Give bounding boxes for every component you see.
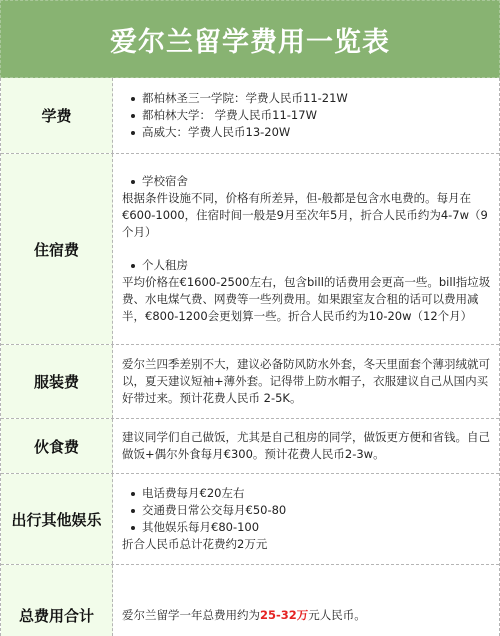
dorm-list: 学校宿舍 [122,173,491,190]
travel-list: 电话费每月€20左右 交通费日常公交每月€50-80 其他娱乐每月€80-100 [122,485,491,536]
travel-summary: 折合人民币总计花费约2万元 [122,536,491,553]
list-item: 交通费日常公交每月€50-80 [122,502,491,519]
clothing-description: 爱尔兰四季差别不大，建议必备防风防水外套，冬天里面套个薄羽绒就可以，夏天建议短袖… [122,356,491,407]
row-label-food: 伙食费 [1,419,113,473]
row-travel: 出行其他娱乐 电话费每月€20左右 交通费日常公交每月€50-80 其他娱乐每月… [1,473,499,564]
cost-table: 学费 都柏林圣三一学院：学费人民币11-21W 都柏林大学： 学费人民币11-1… [0,78,500,636]
row-content-food: 建议同学们自己做饭，尤其是自己租房的同学，做饭更方便和省钱。自己做饭+偶尔外食每… [113,419,499,473]
row-content-clothing: 爱尔兰四季差别不大，建议必备防风防水外套，冬天里面套个薄羽绒就可以，夏天建议短袖… [113,345,499,418]
dorm-description: 根据条件设施不同，价格有所差异，但-般都是包含水电费的。每月在€600-1000… [122,190,491,241]
row-housing: 住宿费 学校宿舍 根据条件设施不同，价格有所差异，但-般都是包含水电费的。每月在… [1,153,499,344]
row-total: 总费用合计 爱尔兰留学一年总费用约为25-32万元人民币。 [1,564,499,636]
total-suffix: 元人民币。 [308,608,366,622]
rent-description: 平均价格在€1600-2500左右，包含bill的话费用会更高一些。bill指垃… [122,274,491,325]
total-amount: 25-32万 [260,608,308,622]
row-label-clothing: 服装费 [1,345,113,418]
total-description: 爱尔兰留学一年总费用约为25-32万元人民币。 [122,607,491,624]
list-item: 高威大：学费人民币13-20W [122,124,491,141]
row-content-total: 爱尔兰留学一年总费用约为25-32万元人民币。 [113,565,499,636]
row-label-travel: 出行其他娱乐 [1,474,113,564]
list-item: 电话费每月€20左右 [122,485,491,502]
row-label-tuition: 学费 [1,78,113,153]
row-content-travel: 电话费每月€20左右 交通费日常公交每月€50-80 其他娱乐每月€80-100… [113,474,499,564]
total-prefix: 爱尔兰留学一年总费用约为 [122,608,260,622]
list-item: 都柏林圣三一学院：学费人民币11-21W [122,90,491,107]
row-content-housing: 学校宿舍 根据条件设施不同，价格有所差异，但-般都是包含水电费的。每月在€600… [113,154,499,344]
row-tuition: 学费 都柏林圣三一学院：学费人民币11-21W 都柏林大学： 学费人民币11-1… [1,78,499,153]
row-content-tuition: 都柏林圣三一学院：学费人民币11-21W 都柏林大学： 学费人民币11-17W … [113,78,499,153]
row-clothing: 服装费 爱尔兰四季差别不大，建议必备防风防水外套，冬天里面套个薄羽绒就可以，夏天… [1,344,499,418]
title-bar: 爱尔兰留学费用一览表 [0,0,500,78]
row-food: 伙食费 建议同学们自己做饭，尤其是自己租房的同学，做饭更方便和省钱。自己做饭+偶… [1,418,499,473]
tuition-list: 都柏林圣三一学院：学费人民币11-21W 都柏林大学： 学费人民币11-17W … [122,90,491,141]
rent-list: 个人租房 [122,257,491,274]
cost-table-page: 爱尔兰留学费用一览表 学费 都柏林圣三一学院：学费人民币11-21W 都柏林大学… [0,0,500,636]
row-label-housing: 住宿费 [1,154,113,344]
page-title: 爱尔兰留学费用一览表 [110,20,390,59]
spacer [122,241,491,257]
food-description: 建议同学们自己做饭，尤其是自己租房的同学，做饭更方便和省钱。自己做饭+偶尔外食每… [122,429,491,463]
list-item: 学校宿舍 [122,173,491,190]
list-item: 个人租房 [122,257,491,274]
list-item: 其他娱乐每月€80-100 [122,519,491,536]
list-item: 都柏林大学： 学费人民币11-17W [122,107,491,124]
row-label-total: 总费用合计 [1,565,113,636]
